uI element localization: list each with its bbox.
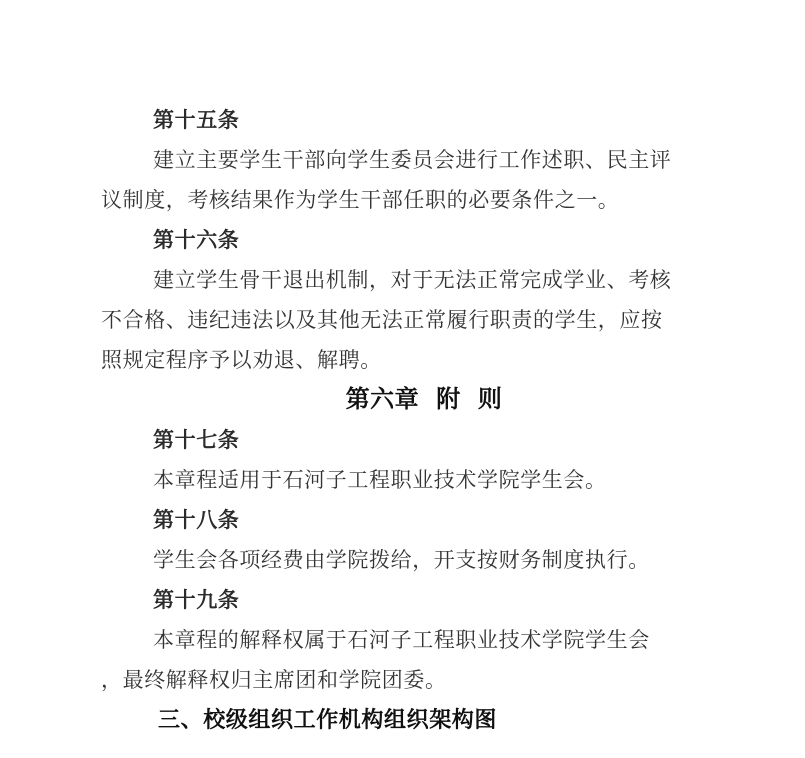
paragraph-line: 议制度，考核结果作为学生干部任职的必要条件之一。 bbox=[101, 180, 747, 220]
text-column: 第十五条 建立主要学生干部向学生委员会进行工作述职、民主评 议制度，考核结果作为… bbox=[101, 100, 747, 740]
paragraph-line: 学生会各项经费由学院拨给，开支按财务制度执行。 bbox=[101, 540, 747, 580]
paragraph-line: 不合格、违纪违法以及其他无法正常履行职责的学生，应按 bbox=[101, 300, 747, 340]
article-heading-16: 第十六条 bbox=[101, 220, 747, 260]
paragraph-line: 建立学生骨干退出机制，对于无法正常完成学业、考核 bbox=[101, 260, 747, 300]
document-page: 第十五条 建立主要学生干部向学生委员会进行工作述职、民主评 议制度，考核结果作为… bbox=[0, 0, 805, 758]
paragraph-line: 本章程的解释权属于石河子工程职业技术学院学生会 bbox=[101, 620, 747, 660]
article-heading-17: 第十七条 bbox=[101, 420, 747, 460]
paragraph-line: 本章程适用于石河子工程职业技术学院学生会。 bbox=[101, 460, 747, 500]
article-heading-19: 第十九条 bbox=[101, 580, 747, 620]
article-heading-18: 第十八条 bbox=[101, 500, 747, 540]
chapter-heading-6: 第六章 附 则 bbox=[101, 380, 747, 420]
section-heading-orgchart: 三、校级组织工作机构组织架构图 bbox=[101, 700, 747, 740]
paragraph-line: ，最终解释权归主席团和学院团委。 bbox=[101, 660, 747, 700]
paragraph-line: 照规定程序予以劝退、解聘。 bbox=[101, 340, 747, 380]
article-heading-15: 第十五条 bbox=[101, 100, 747, 140]
paragraph-line: 建立主要学生干部向学生委员会进行工作述职、民主评 bbox=[101, 140, 747, 180]
